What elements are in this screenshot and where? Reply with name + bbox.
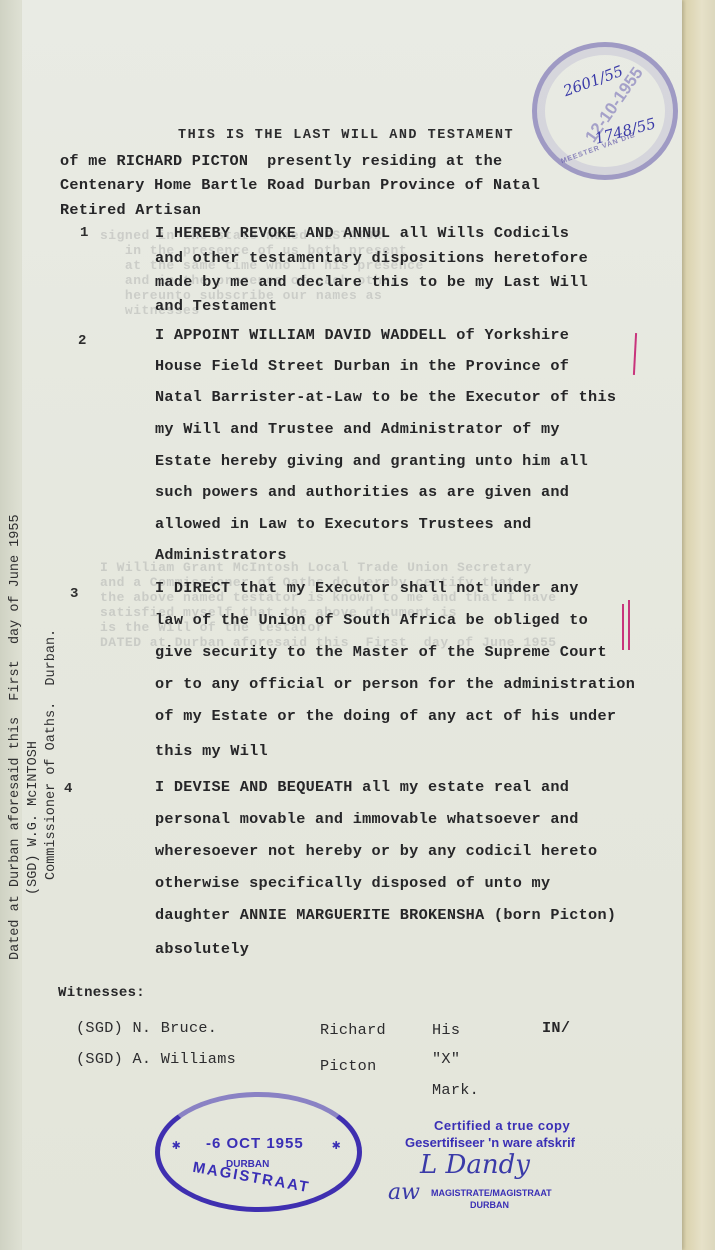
- clause-line: wheresoever not hereby or by any codicil…: [155, 842, 597, 860]
- will-document-page: signed in the state named TESTATOR in th…: [22, 0, 682, 1250]
- clause-line: House Field Street Durban in the Provinc…: [155, 357, 569, 375]
- red-margin-mark: [633, 333, 637, 375]
- red-margin-mark: [628, 600, 630, 650]
- registry-stamp: 12-10-1955 MEESTER VAN DIE: [532, 42, 678, 180]
- clause-line: I DIRECT that my Executor shall not unde…: [155, 579, 579, 597]
- clause-line: and Testament: [155, 297, 277, 315]
- clause-line: otherwise specifically disposed of unto …: [155, 874, 550, 892]
- page-edge-shadow: [682, 0, 715, 1250]
- margin-attestation-signed: (SGD) W.G. McINTOSH: [26, 741, 41, 895]
- clause-line: I HEREBY REVOKE AND ANNUL all Wills Codi…: [155, 224, 569, 242]
- magistrate-office: MAGISTRATE/MAGISTRAAT: [431, 1188, 552, 1198]
- clause-line: this my Will: [155, 742, 268, 760]
- testator-name: Picton: [320, 1057, 376, 1075]
- magistrate-stamp-date: -6 OCT 1955: [206, 1135, 304, 1152]
- clause-number: 4: [64, 781, 72, 797]
- clause-line: daughter ANNIE MARGUERITE BROKENSHA (bor…: [155, 906, 616, 924]
- clause-line: personal movable and immovable whatsoeve…: [155, 810, 579, 828]
- magistrate-signature: L Dandy: [420, 1150, 530, 1180]
- clause-line: I APPOINT WILLIAM DAVID WADDELL of Yorks…: [155, 326, 569, 344]
- magistrate-stamp: ✱ ✱ -6 OCT 1955 DURBAN MAGISTRAAT: [155, 1092, 362, 1212]
- clause-line: absolutely: [155, 940, 249, 958]
- preamble-line: Centenary Home Bartle Road Durban Provin…: [60, 176, 540, 194]
- margin-attestation-dated: Dated at Durban aforesaid this First day…: [8, 514, 23, 960]
- clause-line: made by me and declare this to be my Las…: [155, 273, 588, 291]
- clerk-initials: aw: [388, 1180, 420, 1205]
- clause-line: allowed in Law to Executors Trustees and: [155, 515, 532, 533]
- witness-signature: (SGD) N. Bruce.: [76, 1019, 217, 1037]
- witnesses-heading: Witnesses:: [58, 985, 145, 1001]
- clause-line: I DEVISE AND BEQUEATH all my estate real…: [155, 778, 569, 796]
- preamble-line: of me RICHARD PICTON presently residing …: [60, 152, 502, 170]
- clause-line: and other testamentary dispositions here…: [155, 249, 588, 267]
- margin-attestation-commissioner: Commissioner of Oaths. Durban.: [44, 629, 59, 880]
- clause-line: Natal Barrister-at-Law to be the Executo…: [155, 388, 616, 406]
- clause-line: or to any official or person for the adm…: [155, 675, 635, 693]
- clause-line: Administrators: [155, 546, 287, 564]
- clause-number: 1: [80, 225, 88, 241]
- certified-copy-en: Certified a true copy: [434, 1118, 570, 1133]
- document-title: THIS IS THE LAST WILL AND TESTAMENT: [178, 128, 514, 143]
- clause-line: my Will and Trustee and Administrator of…: [155, 420, 560, 438]
- clause-line: such powers and authorities as are given…: [155, 483, 569, 501]
- red-margin-mark: [622, 604, 624, 650]
- certified-copy-af: Gesertifiseer 'n ware afskrif: [405, 1135, 575, 1150]
- clause-line: of my Estate or the doing of any act of …: [155, 707, 616, 725]
- clause-number: 3: [70, 586, 78, 602]
- preamble-line: Retired Artisan: [60, 201, 201, 219]
- clause-number: 2: [78, 333, 86, 349]
- page-initials: IN/: [542, 1019, 570, 1037]
- mark-label: Mark.: [432, 1081, 479, 1099]
- star-icon: ✱: [172, 1137, 180, 1154]
- clause-line: give security to the Master of the Supre…: [155, 643, 607, 661]
- magistrate-city: DURBAN: [470, 1200, 509, 1210]
- mark-label: "X": [432, 1050, 460, 1068]
- witness-signature: (SGD) A. Williams: [76, 1050, 236, 1068]
- clause-line: law of the Union of South Africa be obli…: [155, 611, 588, 629]
- testator-name: Richard: [320, 1021, 386, 1039]
- bleed-through-text: I William Grant McIntosh Local Trade Uni…: [100, 560, 557, 650]
- clause-line: Estate hereby giving and granting unto h…: [155, 452, 588, 470]
- star-icon: ✱: [332, 1137, 340, 1154]
- mark-label: His: [432, 1021, 460, 1039]
